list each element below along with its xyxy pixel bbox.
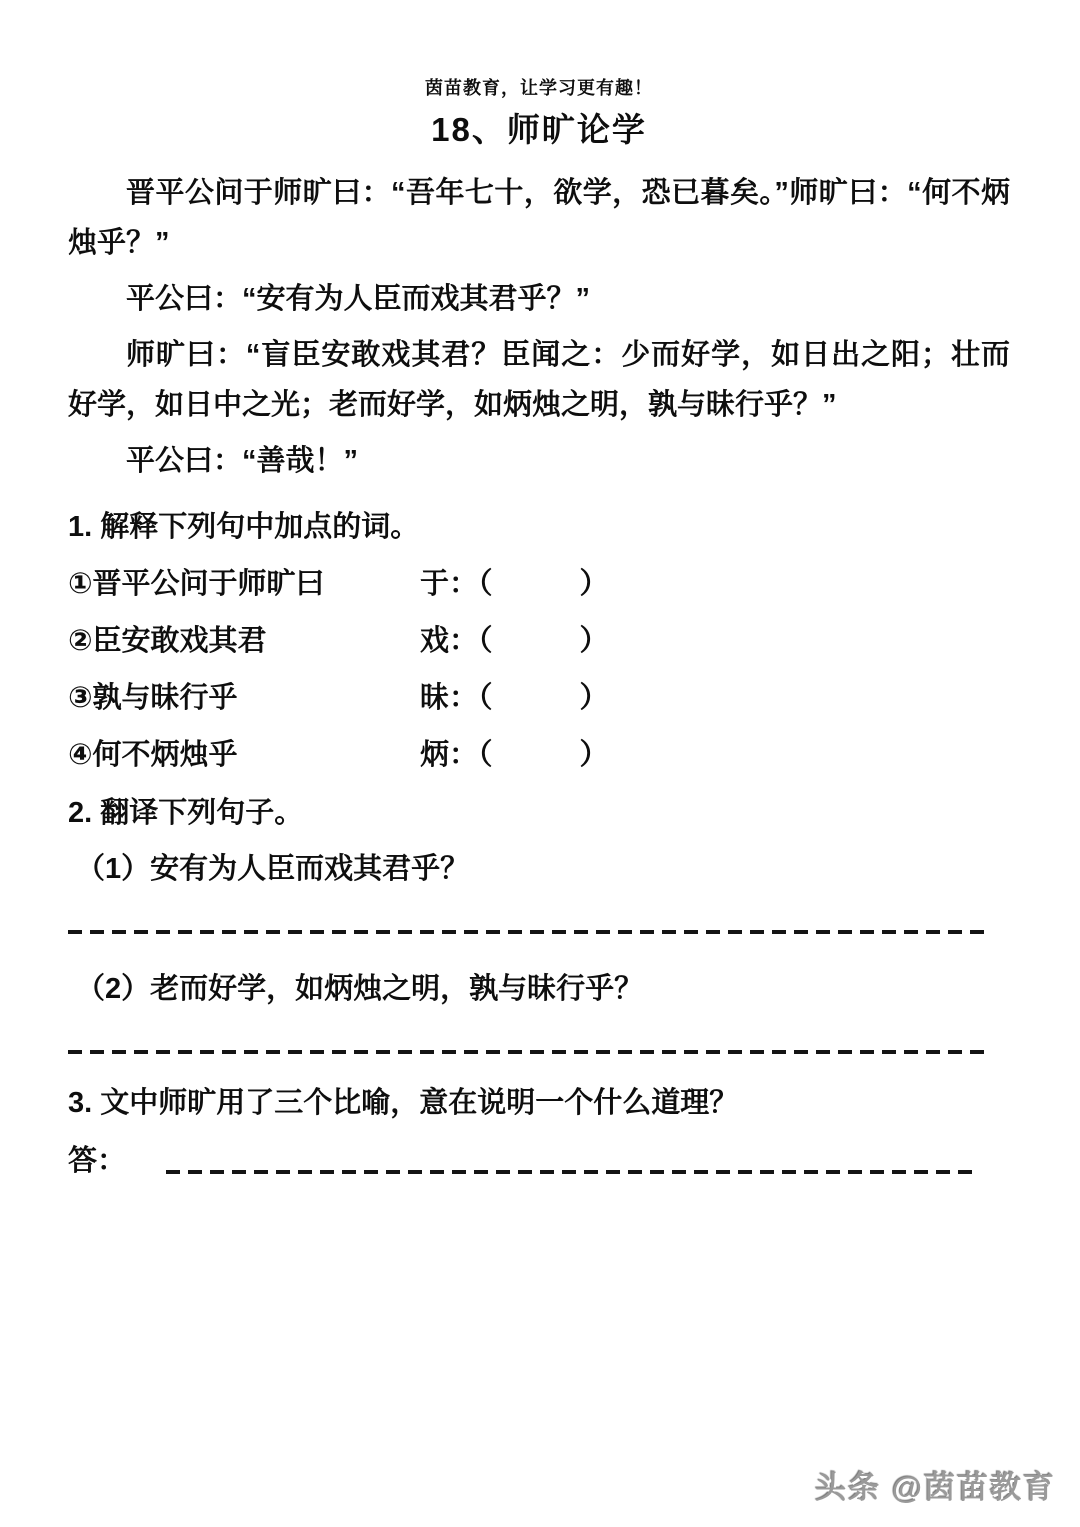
word-row-blank: 于：（ ） bbox=[420, 559, 1010, 609]
answer-line bbox=[68, 930, 990, 934]
page-content: 茵苗教育，让学习更有趣！ 18、师旷论学 晋平公问于师旷曰：“吾年七十，欲学，恐… bbox=[0, 0, 1080, 1186]
passage-paragraph: 平公曰：“善哉！” bbox=[68, 436, 1010, 486]
passage-paragraph: 晋平公问于师旷曰：“吾年七十，欲学，恐已暮矣。”师旷曰：“何不炳烛乎？” bbox=[68, 168, 1010, 268]
answer-prefix: 答： bbox=[68, 1136, 126, 1186]
question3-answer-row: 答： bbox=[68, 1136, 1010, 1186]
word-explain-row: ③孰与昧行乎 昧：（ ） bbox=[68, 673, 1010, 723]
worksheet-page: 茵苗教育，让学习更有趣！ 18、师旷论学 晋平公问于师旷曰：“吾年七十，欲学，恐… bbox=[0, 0, 1080, 1527]
passage-paragraph: 师旷曰：“盲臣安敢戏其君？臣闻之：少而好学，如日出之阳；壮而好学，如日中之光；老… bbox=[68, 330, 1010, 430]
word-row-phrase: ③孰与昧行乎 bbox=[68, 673, 420, 723]
word-row-blank: 炳：（ ） bbox=[420, 730, 1010, 780]
question3-label: 3. 文中师旷用了三个比喻，意在说明一个什么道理？ bbox=[68, 1078, 1010, 1128]
footer-watermark: 头条 @茵苗教育 bbox=[815, 1462, 1056, 1507]
question2-label: 2. 翻译下列句子。 bbox=[68, 788, 1010, 838]
answer-line bbox=[166, 1170, 980, 1174]
word-explain-row: ②臣安敢戏其君 戏：（ ） bbox=[68, 616, 1010, 666]
brand-slogan: 茵苗教育，让学习更有趣！ bbox=[68, 76, 1010, 100]
word-row-blank: 戏：（ ） bbox=[420, 616, 1010, 666]
word-row-phrase: ④何不炳烛乎 bbox=[68, 730, 420, 780]
word-explain-row: ④何不炳烛乎 炳：（ ） bbox=[68, 730, 1010, 780]
word-row-blank: 昧：（ ） bbox=[420, 673, 1010, 723]
word-row-phrase: ②臣安敢戏其君 bbox=[68, 616, 420, 666]
question1-label: 1. 解释下列句中加点的词。 bbox=[68, 502, 1010, 552]
translation-prompt-2: （2）老而好学，如炳烛之明，孰与昧行乎？ bbox=[68, 964, 1010, 1014]
word-explain-row: ①晋平公问于师旷曰 于：（ ） bbox=[68, 559, 1010, 609]
page-title: 18、师旷论学 bbox=[68, 108, 1010, 152]
translation-prompt-1: （1）安有为人臣而戏其君乎？ bbox=[68, 844, 1010, 894]
reading-passage: 晋平公问于师旷曰：“吾年七十，欲学，恐已暮矣。”师旷曰：“何不炳烛乎？” 平公曰… bbox=[68, 168, 1010, 486]
word-row-phrase: ①晋平公问于师旷曰 bbox=[68, 559, 420, 609]
answer-line bbox=[68, 1050, 990, 1054]
passage-paragraph: 平公曰：“安有为人臣而戏其君乎？” bbox=[68, 274, 1010, 324]
